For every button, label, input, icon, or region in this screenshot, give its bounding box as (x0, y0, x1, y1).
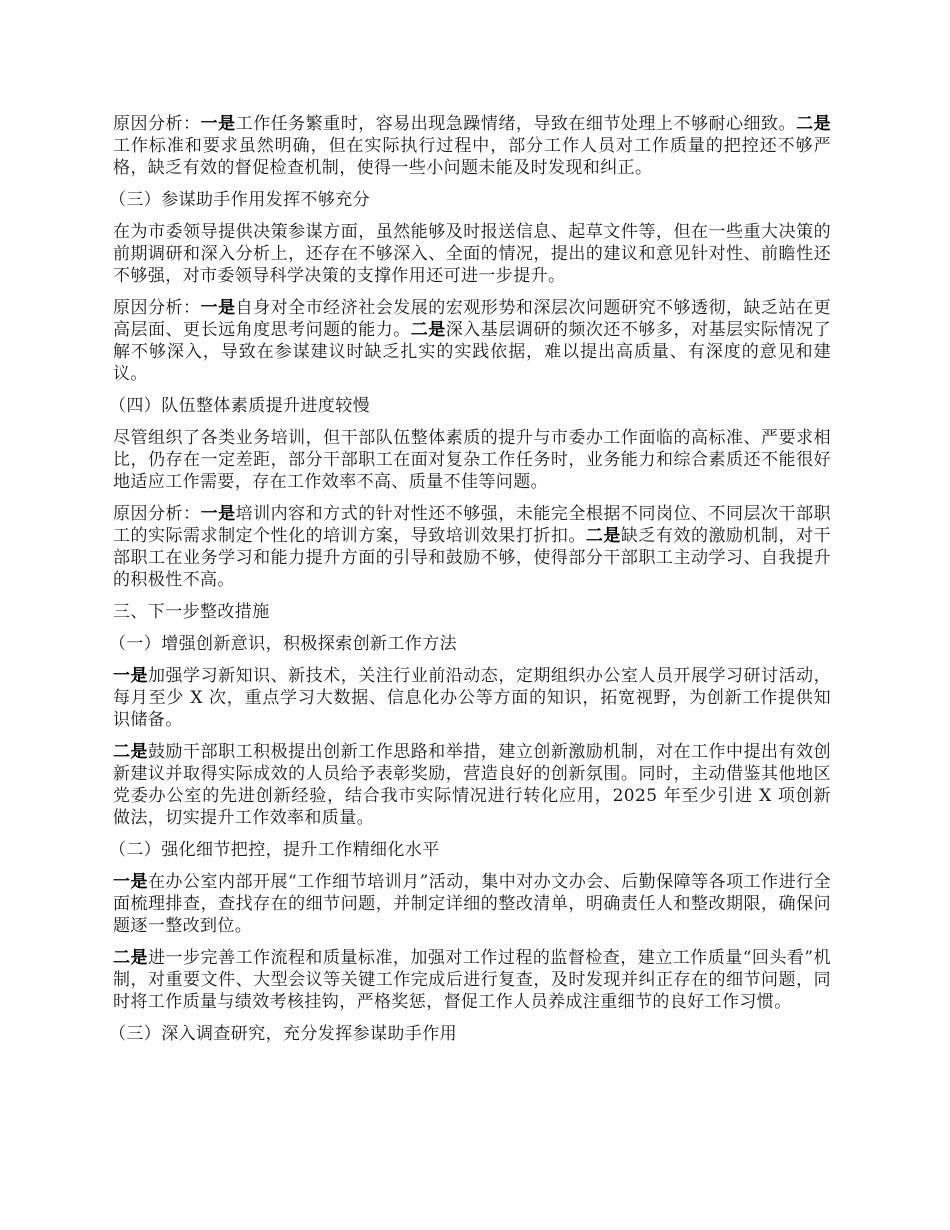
point-two-label: 二是 (113, 948, 148, 968)
point-one-label: 一是 (201, 504, 236, 524)
paragraph-innovation-two: 二是鼓励干部职工积极提出创新工作思路和举措，建立创新激励机制，对在工作中提出有效… (113, 741, 831, 829)
paragraph-innovation-one: 一是加强学习新知识、新技术，关注行业前沿动态，定期组织办公室人员开展学习研讨活动… (113, 665, 831, 731)
subheading-detail-control: （二）强化细节把控，提升工作精细化水平 (109, 839, 831, 861)
paragraph-team-quality: 尽管组织了各类业务培训，但干部队伍整体素质的提升与市委办工作面临的高标准、严要求… (113, 427, 831, 493)
paragraph-cause-analysis-team: 原因分析：一是培训内容和方式的针对性还不够强，未能完全根据不同岗位、不同层次干部… (113, 503, 831, 591)
point-one-label: 一是 (113, 872, 148, 892)
point-one-text: 加强学习新知识、新技术，关注行业前沿动态，定期组织办公室人员开展学习研讨活动，每… (113, 666, 831, 730)
point-one-label: 一是 (201, 298, 236, 318)
document-page: 原因分析：一是工作任务繁重时，容易出现急躁情绪，导致在细节处理上不够耐心细致。二… (113, 113, 831, 1055)
point-two-label: 二是 (796, 114, 831, 134)
paragraph-cause-analysis-advisory: 原因分析：一是自身对全市经济社会发展的宏观形势和深层次问题研究不够透彻，缺乏站在… (113, 297, 831, 385)
point-one-text: 工作任务繁重时，容易出现急躁情绪，导致在细节处理上不够耐心细致。 (236, 114, 796, 134)
cause-analysis-label: 原因分析： (113, 298, 201, 318)
cause-analysis-label: 原因分析： (113, 114, 201, 134)
point-one-label: 一是 (201, 114, 236, 134)
subheading-innovation: （一）增强创新意识，积极探索创新工作方法 (109, 633, 831, 655)
point-two-text: 鼓励干部职工积极提出创新工作思路和举措，建立创新激励机制，对在工作中提出有效创新… (113, 742, 831, 828)
paragraph-advisory-role: 在为市委领导提供决策参谋方面，虽然能够及时报送信息、起草文件等，但在一些重大决策… (113, 221, 831, 287)
subheading-advisory-role: （三）参谋助手作用发挥不够充分 (109, 189, 831, 211)
point-two-text: 工作标准和要求虽然明确，但在实际执行过程中，部分工作人员对工作质量的把控还不够严… (113, 136, 831, 178)
paragraph-detail-two: 二是进一步完善工作流程和质量标准，加强对工作过程的监督检查，建立工作质量“回头看… (113, 947, 831, 1013)
point-two-label: 二是 (113, 742, 148, 762)
cause-analysis-label: 原因分析： (113, 504, 201, 524)
point-two-text: 进一步完善工作流程和质量标准，加强对工作过程的监督检查，建立工作质量“回头看”机… (113, 948, 831, 1012)
point-two-label: 二是 (586, 526, 621, 546)
subheading-team-quality: （四）队伍整体素质提升进度较慢 (109, 395, 831, 417)
point-one-text: 在办公室内部开展“工作细节培训月”活动，集中对办文办会、后勤保障等各项工作进行全… (113, 872, 831, 936)
point-two-label: 二是 (411, 320, 446, 340)
section-heading-next-steps: 三、下一步整改措施 (113, 601, 831, 623)
paragraph-detail-one: 一是在办公室内部开展“工作细节培训月”活动，集中对办文办会、后勤保障等各项工作进… (113, 871, 831, 937)
point-one-label: 一是 (113, 666, 148, 686)
paragraph-cause-analysis-detail: 原因分析：一是工作任务繁重时，容易出现急躁情绪，导致在细节处理上不够耐心细致。二… (113, 113, 831, 179)
subheading-research: （三）深入调查研究，充分发挥参谋助手作用 (109, 1023, 831, 1045)
